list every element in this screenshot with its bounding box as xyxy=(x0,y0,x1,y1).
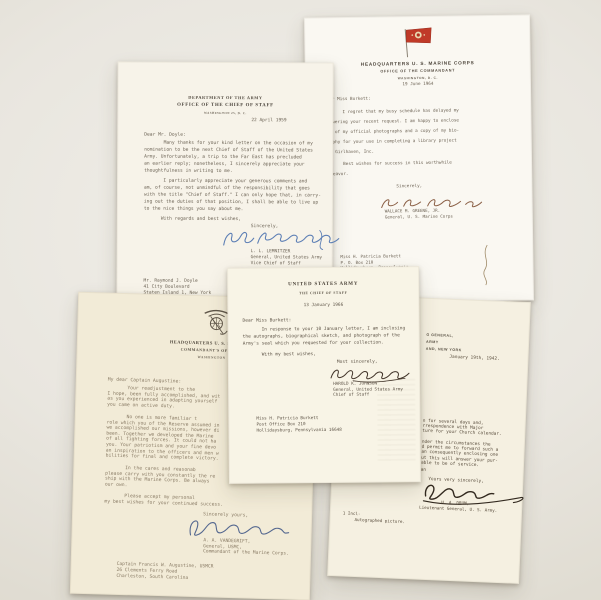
letterhead-fragment: AND, NEW YORK xyxy=(426,347,462,353)
letter-date: January 19th, 1942. xyxy=(449,355,499,362)
salutation: Dear Miss Burkett: xyxy=(243,318,292,323)
closing: Sincerely, xyxy=(396,184,422,189)
letterhead-line: DEPARTMENT OF THE ARMY xyxy=(118,94,332,100)
letterhead-line: OFFICE OF THE CHIEF OF STAFF xyxy=(118,102,332,108)
body-paragraph: I particularly appreciate your generous … xyxy=(144,179,321,214)
body-paragraph: n for several days and, rrespondence wit… xyxy=(422,419,502,438)
body-paragraph: No one is more familiar t role which you… xyxy=(106,415,220,463)
body-paragraph: With my best wishes, xyxy=(243,352,316,358)
letter-date: 22 April 1959 xyxy=(251,118,286,123)
body-paragraph: Many thanks for your kind letter on the … xyxy=(144,141,313,176)
letter-date: 19 June 1964 xyxy=(306,80,530,88)
body-paragraph: Please accept my personal my best wishes… xyxy=(104,494,223,508)
body-paragraph: I regret that my busy schedule has delay… xyxy=(324,106,459,158)
salutation: My dear Captain Augustine: xyxy=(108,378,181,385)
letterhead-line: WASHINGTON xyxy=(197,355,225,360)
enclosure-label: 1 Incl- xyxy=(343,510,361,516)
johnson-letter-page: UNITED STATES ARMY THE CHIEF OF STAFF 13… xyxy=(227,266,421,484)
letterhead-line: HEADQUARTERS U. S. MARINE CORPS xyxy=(306,59,530,67)
body-paragraph: In response to your 10 January letter, I… xyxy=(243,325,406,347)
marine-corps-flag-icon xyxy=(400,27,436,59)
show-through-text xyxy=(377,379,416,461)
recipient-address: Captain Francis W. Augustine, USMCR 26 C… xyxy=(116,562,213,582)
signer-block: A. A. VANDEGRIFT, General, USMC, Command… xyxy=(203,538,289,557)
body-paragraph: In the cares and reasonab please carry w… xyxy=(105,466,216,491)
recipient-address: Miss H. Patricia Burkett Post Office Box… xyxy=(256,416,342,434)
body-paragraph: Best wishes for success in this worthwhi… xyxy=(325,159,452,181)
greene-letter-page: HEADQUARTERS U. S. MARINE CORPS OFFICE O… xyxy=(304,14,534,303)
body-paragraph: Your readjustment to the I hope, been fu… xyxy=(107,386,220,412)
letterhead-line: WASHINGTON 25, D. C. xyxy=(118,110,332,115)
body-paragraph: With regards and best wishes, xyxy=(161,217,241,222)
photo-of-letters: HEADQUARTERS U. S. MARINE CORPS OFFICE O… xyxy=(0,0,601,600)
letterhead-line: THE CHIEF OF STAFF xyxy=(228,290,418,296)
signer-block: WALLACE M. GREENE, JR. General, U. S. Ma… xyxy=(385,208,453,220)
body-paragraph: nder the circumstances the d permit me t… xyxy=(421,440,499,469)
letterhead-line: UNITED STATES ARMY xyxy=(228,281,418,288)
signer-block: L. L. LEMNITZER General, United States A… xyxy=(251,249,322,267)
enclosure-item: Autographed picture. xyxy=(354,517,405,524)
body-paragraph: an xyxy=(421,468,427,473)
letterhead-line: OFFICE OF THE COMMANDANT xyxy=(306,67,530,74)
letterhead-fragment: ARMY xyxy=(426,340,439,345)
letterhead-fragment: G GENERAL, xyxy=(426,333,454,338)
letter-date: 13 January 1966 xyxy=(228,302,418,309)
pen-mark xyxy=(478,242,495,288)
salutation: Dear Mr. Doyle: xyxy=(144,133,186,138)
